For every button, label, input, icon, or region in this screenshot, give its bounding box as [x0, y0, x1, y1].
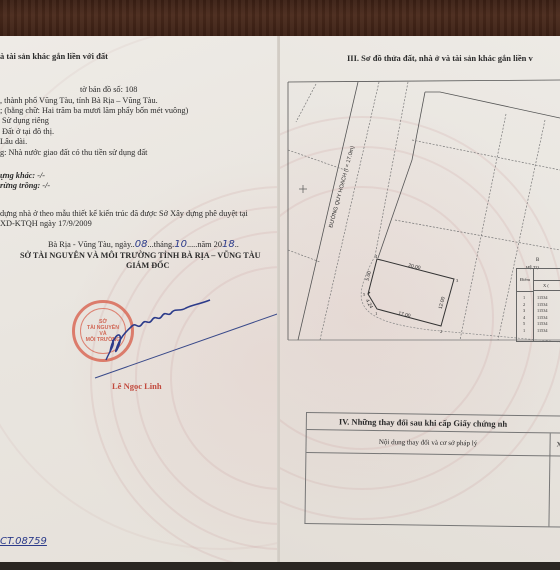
point-label: 5 — [363, 290, 365, 300]
point-label: 2 — [440, 327, 442, 337]
coord-point: 3 — [523, 308, 525, 314]
coord-x-value: 11534 — [537, 302, 548, 308]
coord-point: 2 — [523, 302, 525, 308]
col-confirmation: Xá — [556, 434, 560, 456]
coord-x-value: 11534 — [537, 315, 548, 321]
col-change-content: Nội dung thay đổi và cơ sở pháp lý — [306, 430, 550, 455]
coord-point: 5 — [523, 321, 525, 327]
coordinate-table: Điểm X ( 1115342115343115344115345115341… — [516, 268, 560, 342]
coord-x-value: 11534 — [537, 308, 548, 314]
bottom-background — [0, 562, 560, 570]
point-label: 4 — [375, 252, 377, 262]
coord-point: 1 — [523, 295, 525, 301]
coord-x-value: 11534 — [537, 328, 548, 334]
coord-x-value: 11534 — [537, 295, 548, 301]
point-label: 1 — [375, 309, 377, 319]
point-label: 3 — [456, 276, 458, 286]
coord-point: 4 — [523, 315, 525, 321]
changes-table: IV. Những thay đổi sau khi cấp Giấy chứn… — [304, 412, 560, 528]
coord-point: 1 — [523, 328, 525, 334]
coord-x-value: 11534 — [537, 321, 548, 327]
coord-col-x: X ( — [533, 280, 560, 291]
coord-col-point: Điểm — [517, 269, 534, 292]
